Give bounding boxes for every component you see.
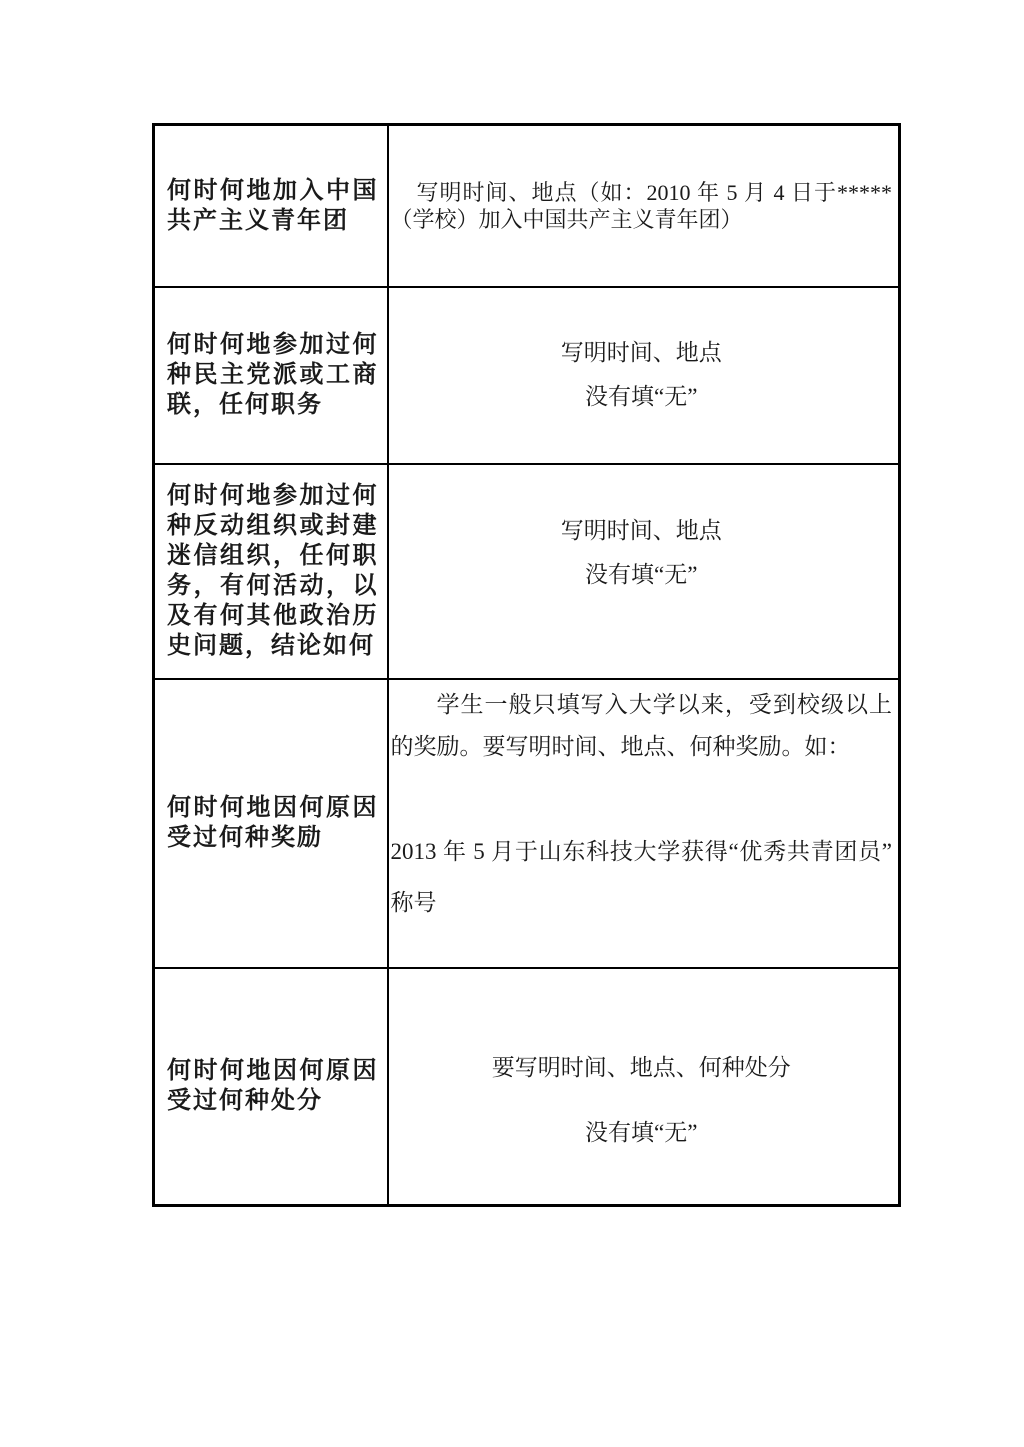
instruction-text: 要写明时间、地点、何种处分 没有填“无” (391, 1018, 893, 1155)
field-label: 何时何地因何原因受过何种奖励 (167, 793, 379, 853)
field-label-cell: 何时何地参加过何种反动组织或封建迷信组织，任何职务，有何活动，以及有何其他政治历… (154, 464, 388, 679)
table-row: 何时何地参加过何种反动组织或封建迷信组织，任何职务，有何活动，以及有何其他政治历… (154, 464, 900, 679)
instruction-line: 没有填“无” (391, 553, 893, 597)
instruction-cell: 要写明时间、地点、何种处分 没有填“无” (388, 968, 900, 1206)
field-label-cell: 何时何地加入中国共产主义青年团 (154, 125, 388, 287)
document-page: 何时何地加入中国共产主义青年团 写明时间、地点（如：2010 年 5 月 4 日… (0, 0, 1024, 1447)
instruction-cell: 写明时间、地点 没有填“无” (388, 287, 900, 464)
instruction-line: 写明时间、地点 (391, 509, 893, 553)
instruction-cell: 学生一般只填写入大学以来，受到校级以上的奖励。要写明时间、地点、何种奖励。如： … (388, 679, 900, 968)
instruction-line: 没有填“无” (391, 1111, 893, 1155)
instruction-text: 写明时间、地点（如：2010 年 5 月 4 日于*****（学校）加入中国共产… (391, 179, 893, 233)
field-label-cell: 何时何地因何原因受过何种处分 (154, 968, 388, 1206)
table-row: 何时何地因何原因受过何种奖励 学生一般只填写入大学以来，受到校级以上的奖励。要写… (154, 679, 900, 968)
field-label: 何时何地参加过何种民主党派或工商联，任何职务 (167, 330, 379, 420)
field-label: 何时何地加入中国共产主义青年团 (167, 176, 379, 236)
instruction-example: 2013 年 5 月于山东科技大学获得“优秀共青团员”称号 (391, 826, 893, 928)
instruction-text: 写明时间、地点 没有填“无” (391, 509, 893, 633)
instruction-text: 写明时间、地点 没有填“无” (391, 331, 893, 419)
table-row: 何时何地参加过何种民主党派或工商联，任何职务 写明时间、地点 没有填“无” (154, 287, 900, 464)
field-label: 何时何地参加过何种反动组织或封建迷信组织，任何职务，有何活动，以及有何其他政治历… (167, 481, 379, 661)
instruction-cell: 写明时间、地点（如：2010 年 5 月 4 日于*****（学校）加入中国共产… (388, 125, 900, 287)
field-label: 何时何地因何原因受过何种处分 (167, 1056, 379, 1116)
instruction-paragraph: 学生一般只填写入大学以来，受到校级以上的奖励。要写明时间、地点、何种奖励。如： (391, 684, 893, 768)
table-row: 何时何地加入中国共产主义青年团 写明时间、地点（如：2010 年 5 月 4 日… (154, 125, 900, 287)
instruction-cell: 写明时间、地点 没有填“无” (388, 464, 900, 679)
field-label-cell: 何时何地参加过何种民主党派或工商联，任何职务 (154, 287, 388, 464)
instruction-line: 要写明时间、地点、何种处分 (391, 1046, 893, 1090)
instruction-line: 写明时间、地点 (391, 331, 893, 375)
form-instructions-table: 何时何地加入中国共产主义青年团 写明时间、地点（如：2010 年 5 月 4 日… (152, 123, 901, 1207)
table-row: 何时何地因何原因受过何种处分 要写明时间、地点、何种处分 没有填“无” (154, 968, 900, 1206)
instruction-line: 没有填“无” (391, 375, 893, 419)
field-label-cell: 何时何地因何原因受过何种奖励 (154, 679, 388, 968)
